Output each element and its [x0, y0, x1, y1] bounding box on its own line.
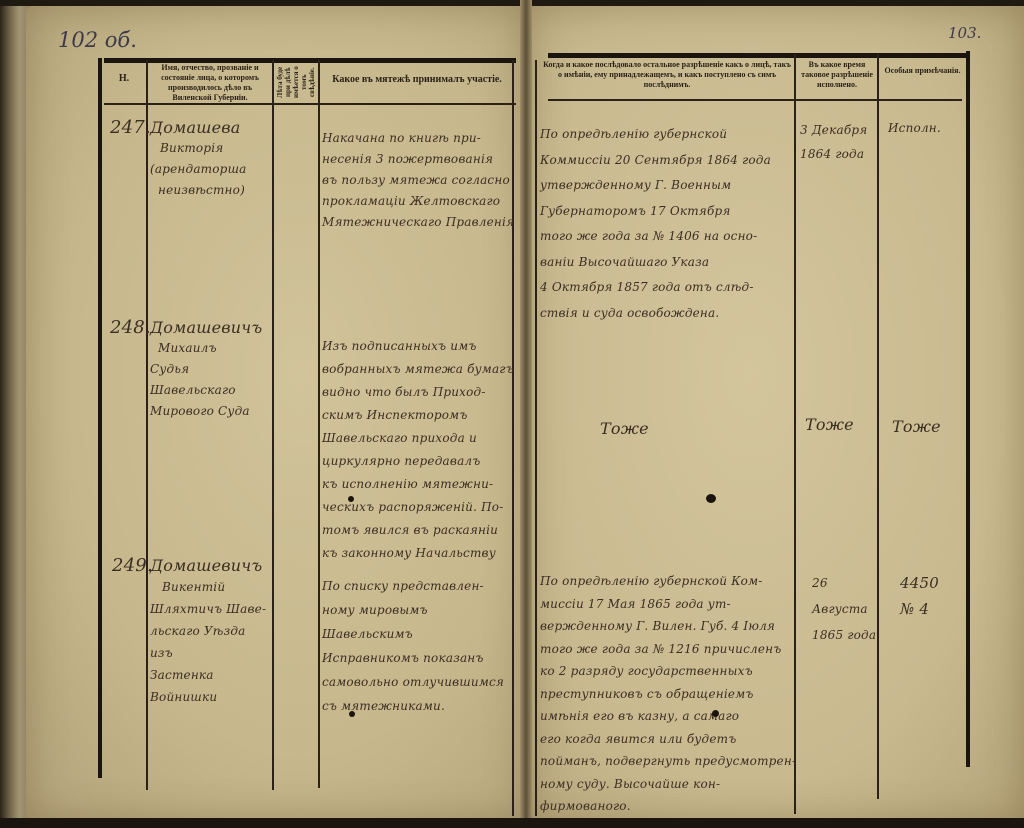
entry-248-participation: Изъ подписанныхъ имъ вобранныхъ мятежа б…	[322, 335, 518, 565]
entry-247-status-2: неизвѣстно)	[150, 180, 272, 201]
folio-number-right: 103.	[948, 24, 981, 42]
col-divider-name	[272, 60, 274, 790]
entry-247-notes: Исполн.	[888, 118, 964, 139]
entry-249-surname: Домашевичъ	[150, 556, 272, 576]
entry-247-participation: Накачана по книгѣ при- несенія 3 пожертв…	[322, 128, 518, 233]
book-gutter	[520, 0, 532, 828]
header-executed: Въ какое время таковое разрѣшеніе исполн…	[797, 60, 877, 90]
line: Исправникомъ показанъ	[322, 646, 518, 670]
entry-248-notes: Тоже	[892, 416, 941, 437]
line: скимъ Инспекторомъ	[322, 404, 518, 427]
line: фирмованого.	[540, 795, 798, 818]
entry-249-status-2: льскаго Уѣзда изъ	[150, 620, 272, 664]
line: преступниковъ съ обращеніемъ	[540, 683, 798, 706]
line: вобранныхъ мятежа бумагъ	[322, 358, 518, 381]
line: Исполн.	[888, 118, 964, 139]
line: ному мировымъ Шавельскимъ	[322, 598, 518, 646]
line: вержденному Г. Вилен. Губ. 4 Іюля	[540, 615, 798, 638]
line: ствія и суда освобождена.	[540, 301, 796, 327]
ink-spot	[712, 710, 719, 717]
ink-spot	[348, 496, 354, 502]
ink-spot	[706, 494, 716, 503]
col-divider-number	[146, 60, 148, 790]
entry-247-number: 247.	[110, 118, 151, 138]
line: По опредѣленію губернской	[540, 122, 796, 148]
line: того же года за № 1406 на осно-	[540, 224, 796, 250]
header-notes: Особыя примѣчанія.	[880, 66, 965, 76]
entry-247-surname: Домашева	[150, 118, 272, 138]
entry-247-resolution: По опредѣленію губернской Коммиссіи 20 С…	[540, 122, 796, 326]
col-divider-executed	[877, 54, 879, 799]
entry-249-executed: 26 Августа 1865 года	[812, 570, 878, 648]
book-bottom-edge	[0, 818, 1024, 828]
line: миссіи 17 Мая 1865 года ут-	[540, 593, 798, 616]
entry-248-surname: Домашевичъ	[150, 318, 272, 338]
line: его когда явится или будетъ	[540, 728, 798, 751]
header-name: Имя, отчество, прозваніе и состояніе лиц…	[149, 63, 271, 103]
entry-248-given-name: Михаилъ	[150, 338, 272, 359]
line: ваніи Высочайшаго Указа	[540, 250, 796, 276]
line: въ пользу мятежа согласно	[322, 170, 518, 191]
open-ledger-book: 102 об. 103. Н. Имя, отчество, прозваніе…	[0, 0, 1024, 828]
header-age: Лѣта буде при дѣлѣ имѣется о томъ свѣдѣн…	[276, 62, 316, 102]
entry-249-name: Домашевичъ Викентій Шляхтичъ Шаве- льска…	[150, 556, 272, 708]
line: ному суду. Высочайше кон-	[540, 773, 798, 796]
col-left-border-right-page	[535, 60, 537, 816]
header-top-rule-right	[548, 53, 966, 58]
entry-249-given-name: Викентій	[150, 576, 272, 598]
entry-247-name: Домашева Викторія (арендаторша неизвѣстн…	[150, 118, 272, 201]
header-bottom-rule-left	[104, 103, 516, 105]
line: пойманъ, подвергнуть предусмотрен-	[540, 750, 798, 773]
entry-249-status-3: Застенка Войнишки	[150, 664, 272, 708]
line: 1865 года	[812, 622, 878, 648]
entry-248-executed: Тоже	[805, 414, 854, 435]
line: циркулярно передавалъ	[322, 450, 518, 473]
line: видно что былъ Приход-	[322, 381, 518, 404]
header-number: Н.	[102, 74, 146, 84]
entry-249-notes: 4450 № 4	[900, 570, 964, 622]
entry-249-resolution: По опредѣленію губернской Ком- миссіи 17…	[540, 570, 798, 818]
line: 4 Октября 1857 года отъ слѣд-	[540, 275, 796, 301]
entry-249-participation: По списку представлен- ному мировымъ Шав…	[322, 574, 518, 718]
line: По опредѣленію губернской Ком-	[540, 570, 798, 593]
line: того же года за № 1216 причисленъ	[540, 638, 798, 661]
entry-249-status-1: Шляхтичъ Шаве-	[150, 598, 272, 620]
line: Мятежническаго Правленія	[322, 212, 518, 233]
line: По списку представлен-	[322, 574, 518, 598]
entry-248-status-2: Мирового Суда	[150, 401, 272, 422]
entry-247-given-name: Викторія	[150, 138, 272, 159]
table-left-border	[98, 58, 102, 778]
entry-247-executed: 3 Декабря 1864 года	[800, 118, 876, 166]
line: 4450	[900, 570, 964, 596]
line: ко 2 разряду государственныхъ	[540, 660, 798, 683]
header-resolution: Когда и какое послѣдовало остальное разр…	[542, 60, 792, 90]
entry-248-resolution: Тоже	[600, 418, 649, 439]
line: прокламаціи Желтовскаго	[322, 191, 518, 212]
col-divider-age	[318, 60, 320, 788]
ink-spot	[349, 711, 355, 717]
line: къ исполненію мятежни-	[322, 473, 518, 496]
line: 26 Августа	[812, 570, 878, 622]
line: утвержденному Г. Военным	[540, 173, 796, 199]
line: къ законному Начальству	[322, 542, 518, 565]
entry-247-status-1: (арендаторша	[150, 159, 272, 180]
line: самовольно отлучившимся	[322, 670, 518, 694]
line: имѣнія его въ казну, а самаго	[540, 705, 798, 728]
line: 3 Декабря	[800, 118, 876, 142]
table-right-border	[966, 51, 970, 767]
line: Губернаторомъ 17 Октября	[540, 199, 796, 225]
folio-number-left: 102 об.	[58, 28, 137, 52]
line: 1864 года	[800, 142, 876, 166]
line: Изъ подписанныхъ имъ	[322, 335, 518, 358]
header-bottom-rule-right	[548, 99, 962, 101]
entry-248-name: Домашевичъ Михаилъ Судья Шавельскаго Мир…	[150, 318, 272, 422]
line: Накачана по книгѣ при-	[322, 128, 518, 149]
line: томъ явился въ раскаяніи	[322, 519, 518, 542]
entry-248-number: 248.	[110, 318, 151, 338]
line: Коммиссіи 20 Сентября 1864 года	[540, 148, 796, 174]
line: несенія 3 пожертвованія	[322, 149, 518, 170]
line: № 4	[900, 596, 964, 622]
line: Шавельскаго прихода и	[322, 427, 518, 450]
entry-249-number: 249.	[112, 556, 153, 576]
entry-248-status-1: Судья Шавельскаго	[150, 359, 272, 401]
header-participation: Какое въ мятежѣ принималъ участіе.	[322, 74, 512, 86]
